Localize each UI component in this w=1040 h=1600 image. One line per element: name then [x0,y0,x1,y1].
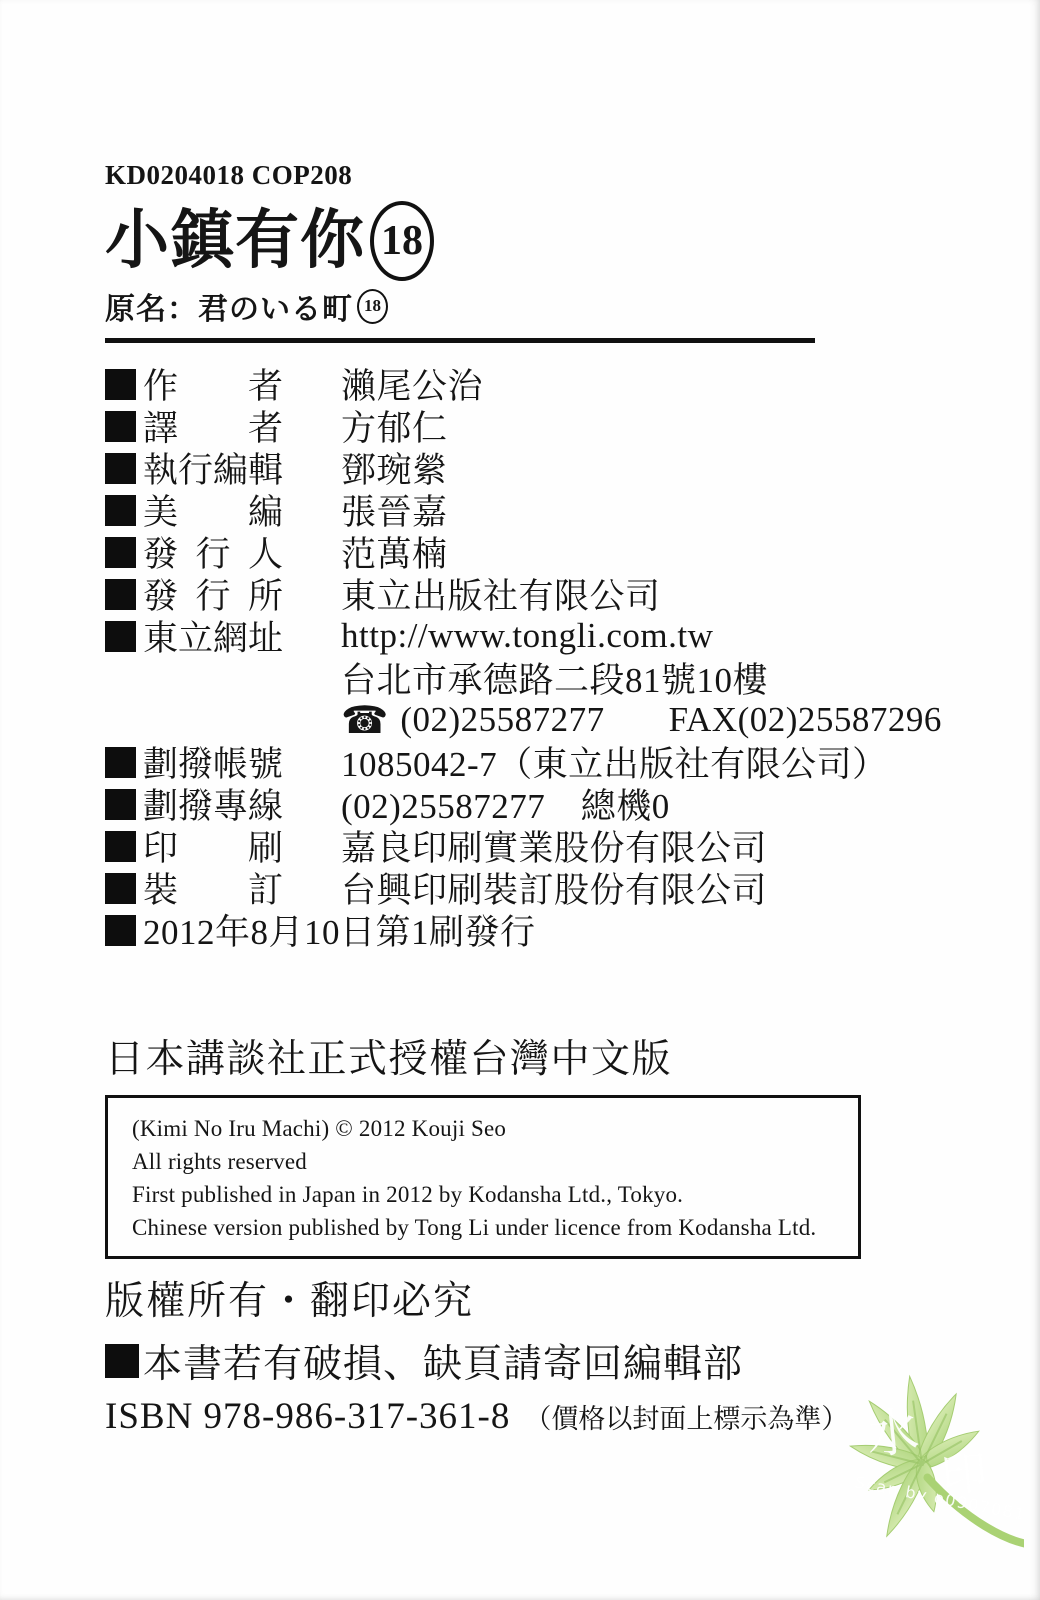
watermark-scan-text: Scan by o09070811 [853,1473,1024,1527]
isbn-number: ISBN 978-986-317-361-8 [105,1395,510,1438]
credit-row-author: 作者 瀨尾公治 [105,363,945,405]
credit-row-translator: 譯者 方郁仁 [105,405,945,447]
bullet-square-icon [105,537,136,568]
bullet-square-icon [105,873,136,904]
bullet-square-icon [105,789,136,820]
bullet-square-icon [105,579,136,610]
original-title: 原名：君のいる町 [105,284,353,328]
credit-row-phone: ☎ (02)25587277 FAX(02)25587296 [105,699,945,741]
bullet-square-icon [105,411,136,442]
credit-label: 東立網址 [143,611,283,661]
telephone-icon: ☎ [341,701,388,739]
license-line: (Kimi No Iru Machi) © 2012 Kouji Seo [132,1112,848,1145]
colophon-page: KD0204018 COP208 小鎮有你 18 原名：君のいる町 18 作者 … [0,0,1040,1600]
credit-row-postal-account: 劃撥帳號 1085042-7（東立出版社有限公司） [105,741,945,783]
bullet-square-icon [105,453,136,484]
credit-row-issue-date: 2012年8月10日第1刷發行 [105,909,945,951]
leaf-icon: 水 印 Scan by o09070811 [841,1364,1024,1564]
credit-value: 東立出版社有限公司 [341,569,661,619]
bullet-square-icon [105,621,136,652]
credit-row-address: 台北市承德路二段81號10樓 [105,657,945,699]
bullet-square-icon [105,831,136,862]
license-heading: 日本講談社正式授權台灣中文版 [105,1035,945,1085]
license-box: (Kimi No Iru Machi) © 2012 Kouji Seo All… [105,1095,861,1259]
original-volume-badge: 18 [357,289,388,324]
bullet-square-icon [105,1344,139,1378]
credit-row-publisher-company: 發行所 東立出版社有限公司 [105,573,945,615]
credit-row-printer: 印刷 嘉良印刷實業股份有限公司 [105,825,945,867]
bullet-square-icon [105,495,136,526]
book-title: 小鎮有你 [105,198,365,284]
isbn-price-note: （價格以封面上標示為準） [524,1397,848,1436]
publisher-url: http://www.tongli.com.tw [341,616,713,656]
license-line: All rights reserved [132,1145,848,1178]
credit-row-publisher-person: 發行人 范萬楠 [105,531,945,573]
fax-number: FAX(02)25587296 [669,700,942,740]
issue-date: 2012年8月10日第1刷發行 [143,905,536,955]
credit-row-binding: 裝訂 台興印刷裝訂股份有限公司 [105,867,945,909]
phone-number: (02)25587277 [400,700,604,740]
rights-statement: 版權所有・翻印必究 [105,1277,945,1327]
original-title-row: 原名：君のいる町 18 [105,284,945,328]
license-line: First published in Japan in 2012 by Koda… [132,1178,848,1211]
divider-rule [105,338,815,343]
damaged-notice: 本書若有破損、缺頁請寄回編輯部 [143,1333,743,1389]
bullet-square-icon [105,747,136,778]
scanner-watermark: 水 印 Scan by o09070811 [824,1360,1024,1588]
credits-list: 作者 瀨尾公治 譯者 方郁仁 執行編輯 鄧琬縈 美編 張晉嘉 發行人 范 [105,363,945,951]
license-line: Chinese version published by Tong Li und… [132,1211,848,1244]
book-title-row: 小鎮有你 18 [105,198,945,284]
bullet-square-icon [105,915,136,946]
publisher-address: 台北市承德路二段81號10樓 [341,653,768,703]
credit-row-postal-line: 劃撥專線 (02)25587277 總機0 [105,783,945,825]
watermark-char-shui: 水 [864,1403,922,1465]
bullet-square-icon [105,369,136,400]
credit-row-editor: 執行編輯 鄧琬縈 [105,447,945,489]
catalog-code: KD0204018 COP208 [105,160,945,198]
credit-row-art-editor: 美編 張晉嘉 [105,489,945,531]
volume-number-badge: 18 [370,201,434,281]
colophon-content: KD0204018 COP208 小鎮有你 18 原名：君のいる町 18 作者 … [105,160,945,1443]
damaged-notice-row: 本書若有破損、缺頁請寄回編輯部 [105,1335,945,1387]
isbn-row: ISBN 978-986-317-361-8 （價格以封面上標示為準） [105,1395,945,1443]
credit-row-website: 東立網址 http://www.tongli.com.tw [105,615,945,657]
